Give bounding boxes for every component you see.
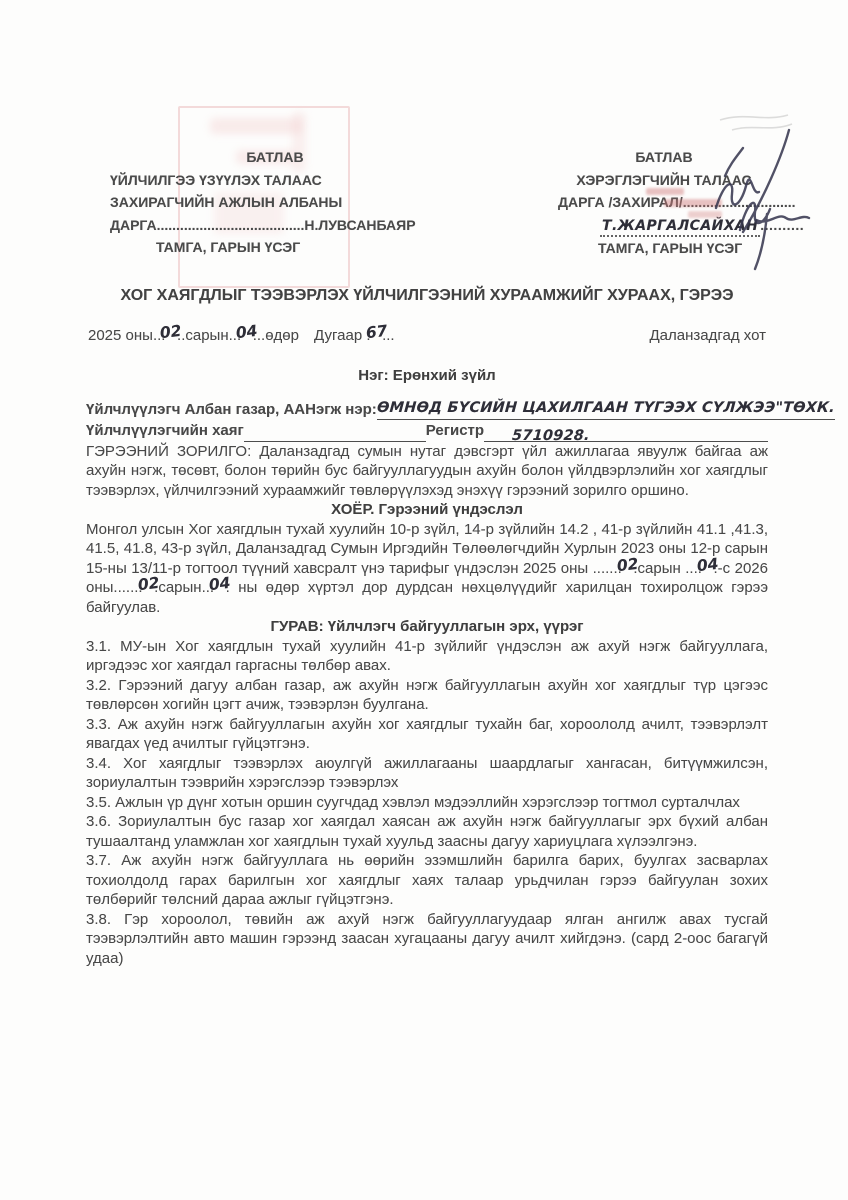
address-label: Үйлчлүүлэгчийн хаяг	[86, 420, 244, 442]
purpose-paragraph: ГЭРЭЭНИЙ ЗОРИЛГО: Даланзадгад сумын нута…	[86, 442, 768, 501]
handwritten-company-name: ӨМНӨД БҮСИЙН ЦАХИЛГААН ТҮГЭЭХ СҮЛЖЭЭ"ТӨХ…	[376, 398, 835, 420]
handwritten-day: 04	[235, 322, 259, 344]
provider-party-line: ҮЙЛЧИЛГЭЭ ҮЗҮҮЛЭХ ТАЛААС	[110, 169, 440, 192]
provider-stamp-line: ТАМГА, ГАРЫН ҮСЭГ	[110, 236, 440, 259]
clause-3-7: 3.7. Аж ахуйн нэгж байгууллага нь өөрийн…	[86, 851, 768, 910]
pencil-scribble	[720, 115, 792, 130]
date-row: 2025 оны...02..сарын...04...өдөр Дугаар …	[86, 326, 768, 347]
section-heading-three: ГУРАВ: Үйлчлэгч байгууллагын эрх, үүрэг	[86, 617, 768, 637]
clause-3-1: 3.1. МУ-ын Хог хаягдлын тухай хуулийн 41…	[86, 637, 768, 676]
clause-3-6: 3.6. Зориулалтын бус газар хог хаягдал х…	[86, 812, 768, 851]
address-register-line: Үйлчлүүлэгчийн хаяг Регистр 5710928.	[86, 420, 768, 442]
date-field: 2025 оны...02..сарын...04...өдөр	[88, 326, 299, 346]
stamp-smudge	[210, 118, 302, 134]
register-value-area: 5710928.	[484, 425, 768, 442]
handwritten-month: 02	[136, 574, 160, 596]
clause-3-4: 3.4. Хог хаягдлыг тээвэрлэх аюулгүй ажил…	[86, 754, 768, 793]
client-name-label: Үйлчлүүлэгч Албан газар, ААНэгж нэр:	[86, 399, 377, 421]
handwritten-register-number: 5710928.	[511, 426, 590, 448]
provider-office-line: ЗАХИРАГЧИЙН АЖЛЫН АЛБАНЫ	[110, 191, 440, 214]
handwritten-day: 04	[208, 574, 232, 596]
section-heading-two: ХОЁР. Гэрээний үндэслэл	[86, 500, 768, 520]
approve-word: БАТЛАВ	[110, 146, 440, 169]
client-name-line: Үйлчлүүлэгч Албан газар, ААНэгж нэр: ӨМН…	[86, 397, 768, 421]
legal-basis-paragraph: Монгол улсын Хог хаягдлын тухай хуулийн …	[86, 520, 768, 618]
section-heading-one: Нэг: Ерөнхий зүйл	[86, 366, 768, 386]
handwritten-month: 02	[616, 554, 640, 576]
clause-3-5: 3.5. Ажлын үр дүнг хотын оршин суугчдад …	[86, 793, 768, 813]
clause-3-2: 3.2. Гэрээний дагуу албан газар, аж ахуй…	[86, 676, 768, 715]
signature-ink	[690, 112, 816, 282]
contract-number-field: Дугаар .67...	[314, 326, 395, 346]
contract-title: ХОГ ХАЯГДЛЫГ ТЭЭВЭРЛЭХ ҮЙЛЧИЛГЭЭНИЙ ХУРА…	[86, 286, 768, 305]
address-blank	[244, 425, 426, 442]
red-stamp-remnant	[646, 188, 684, 195]
approval-block-provider: БАТЛАВ ҮЙЛЧИЛГЭЭ ҮЗҮҮЛЭХ ТАЛААС ЗАХИРАГЧ…	[110, 146, 440, 259]
city-label: Даланзадгад хот	[650, 326, 766, 346]
handwritten-month: 02	[159, 322, 183, 344]
handwritten-number: 67	[364, 322, 388, 344]
contract-body: ХОГ ХАЯГДЛЫГ ТЭЭВЭРЛЭХ ҮЙЛЧИЛГЭЭНИЙ ХУРА…	[86, 286, 768, 968]
clause-3-8: 3.8. Гэр хороолол, төвийн аж ахуй нэгж б…	[86, 910, 768, 969]
client-name-value: ӨМНӨД БҮСИЙН ЦАХИЛГААН ТҮГЭЭХ СҮЛЖЭЭ"ТӨХ…	[377, 397, 835, 421]
register-label: Регистр	[426, 420, 484, 442]
provider-signer-line: ДАРГА...................................…	[110, 214, 440, 237]
scanned-contract-page: БАТЛАВ ҮЙЛЧИЛГЭЭ ҮЗҮҮЛЭХ ТАЛААС ЗАХИРАГЧ…	[0, 0, 848, 1200]
clause-3-3: 3.3. Аж ахуйн нэгж байгууллагын ахуйн хо…	[86, 715, 768, 754]
handwritten-day: 04	[696, 554, 720, 576]
